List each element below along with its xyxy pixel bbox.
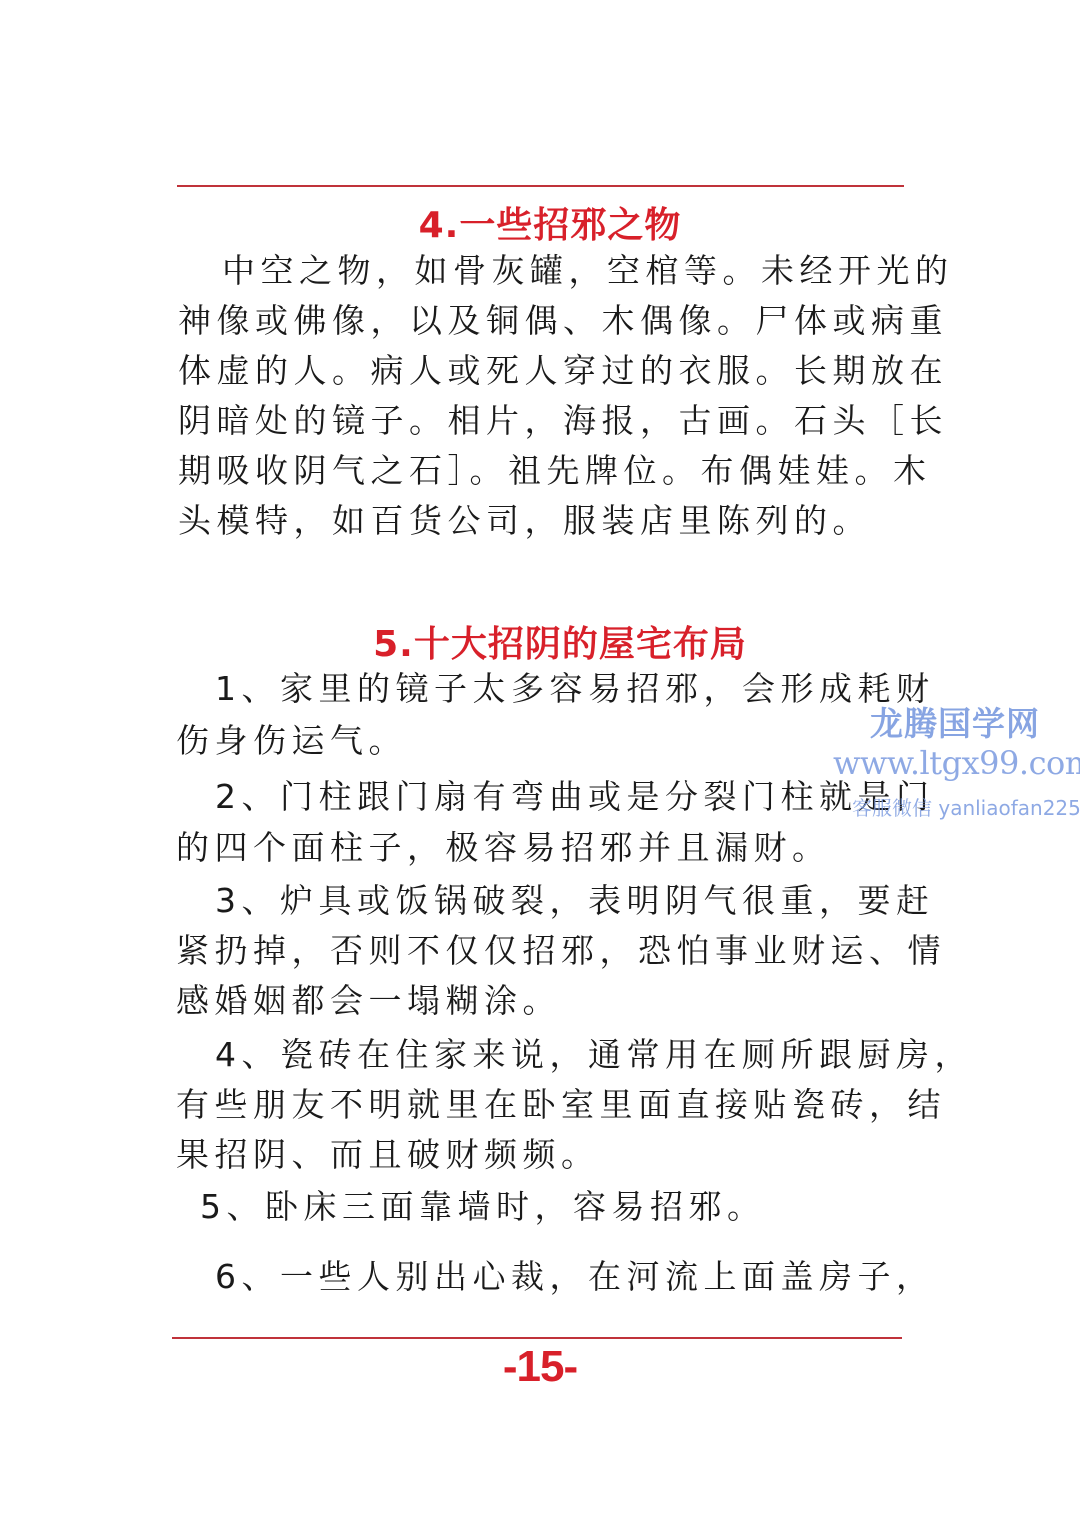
top-divider: [177, 185, 904, 187]
list-item-line: 的四个面柱子，极容易招邪并且漏财。: [176, 823, 831, 873]
watermark-url: www.ltgx99.com: [833, 744, 1080, 782]
paragraph-line: 阴暗处的镜子。相片，海报，古画。石头［长: [178, 396, 948, 446]
list-item-line: 1、家里的镜子太多容易招邪，会形成耗财: [215, 664, 935, 714]
page-number: -15-: [0, 1342, 1080, 1392]
list-item-line: 紧扔掉，否则不仅仅招邪，恐怕事业财运、情: [176, 926, 946, 976]
list-item-line: 2、门柱跟门扇有弯曲或是分裂门柱就是门: [215, 772, 935, 822]
section-4-title: 4.一些招邪之物: [10, 197, 1080, 248]
paragraph-line: 头模特，如百货公司，服装店里陈列的。: [178, 496, 871, 546]
paragraph-line: 神像或佛像，以及铜偶、木偶像。尸体或病重: [178, 296, 948, 346]
list-item-line: 感婚姻都会一塌糊涂。: [176, 976, 561, 1026]
list-item-line: 6、一些人别出心裁，在河流上面盖房子，: [215, 1252, 935, 1302]
list-item-line: 有些朋友不明就里在卧室里面直接贴瓷砖，结: [176, 1080, 946, 1130]
list-item-line: 5、卧床三面靠墙时，容易招邪。: [200, 1182, 766, 1232]
paragraph-line: 期吸收阴气之石］。祖先牌位。布偶娃娃。木: [178, 446, 932, 496]
list-item-line: 4、瓷砖在住家来说，通常用在厕所跟厨房，: [215, 1030, 973, 1080]
list-item-line: 果招阴、而且破财频频。: [176, 1130, 600, 1180]
section-5-title: 5.十大招阴的屋宅布局: [20, 616, 1080, 667]
list-item-line: 3、炉具或饭锅破裂，表明阴气很重，要赶: [215, 876, 935, 926]
watermark-contact: 客服微信 yanliaofan225: [852, 792, 1080, 821]
list-item-line: 伤身伤运气。: [176, 716, 407, 766]
paragraph-line: 体虚的人。病人或死人穿过的衣服。长期放在: [178, 346, 948, 396]
paragraph-line: 中空之物，如骨灰罐，空棺等。未经开光的: [222, 246, 954, 296]
bottom-divider: [172, 1337, 902, 1339]
watermark-site-name: 龙腾国学网: [870, 698, 1040, 745]
